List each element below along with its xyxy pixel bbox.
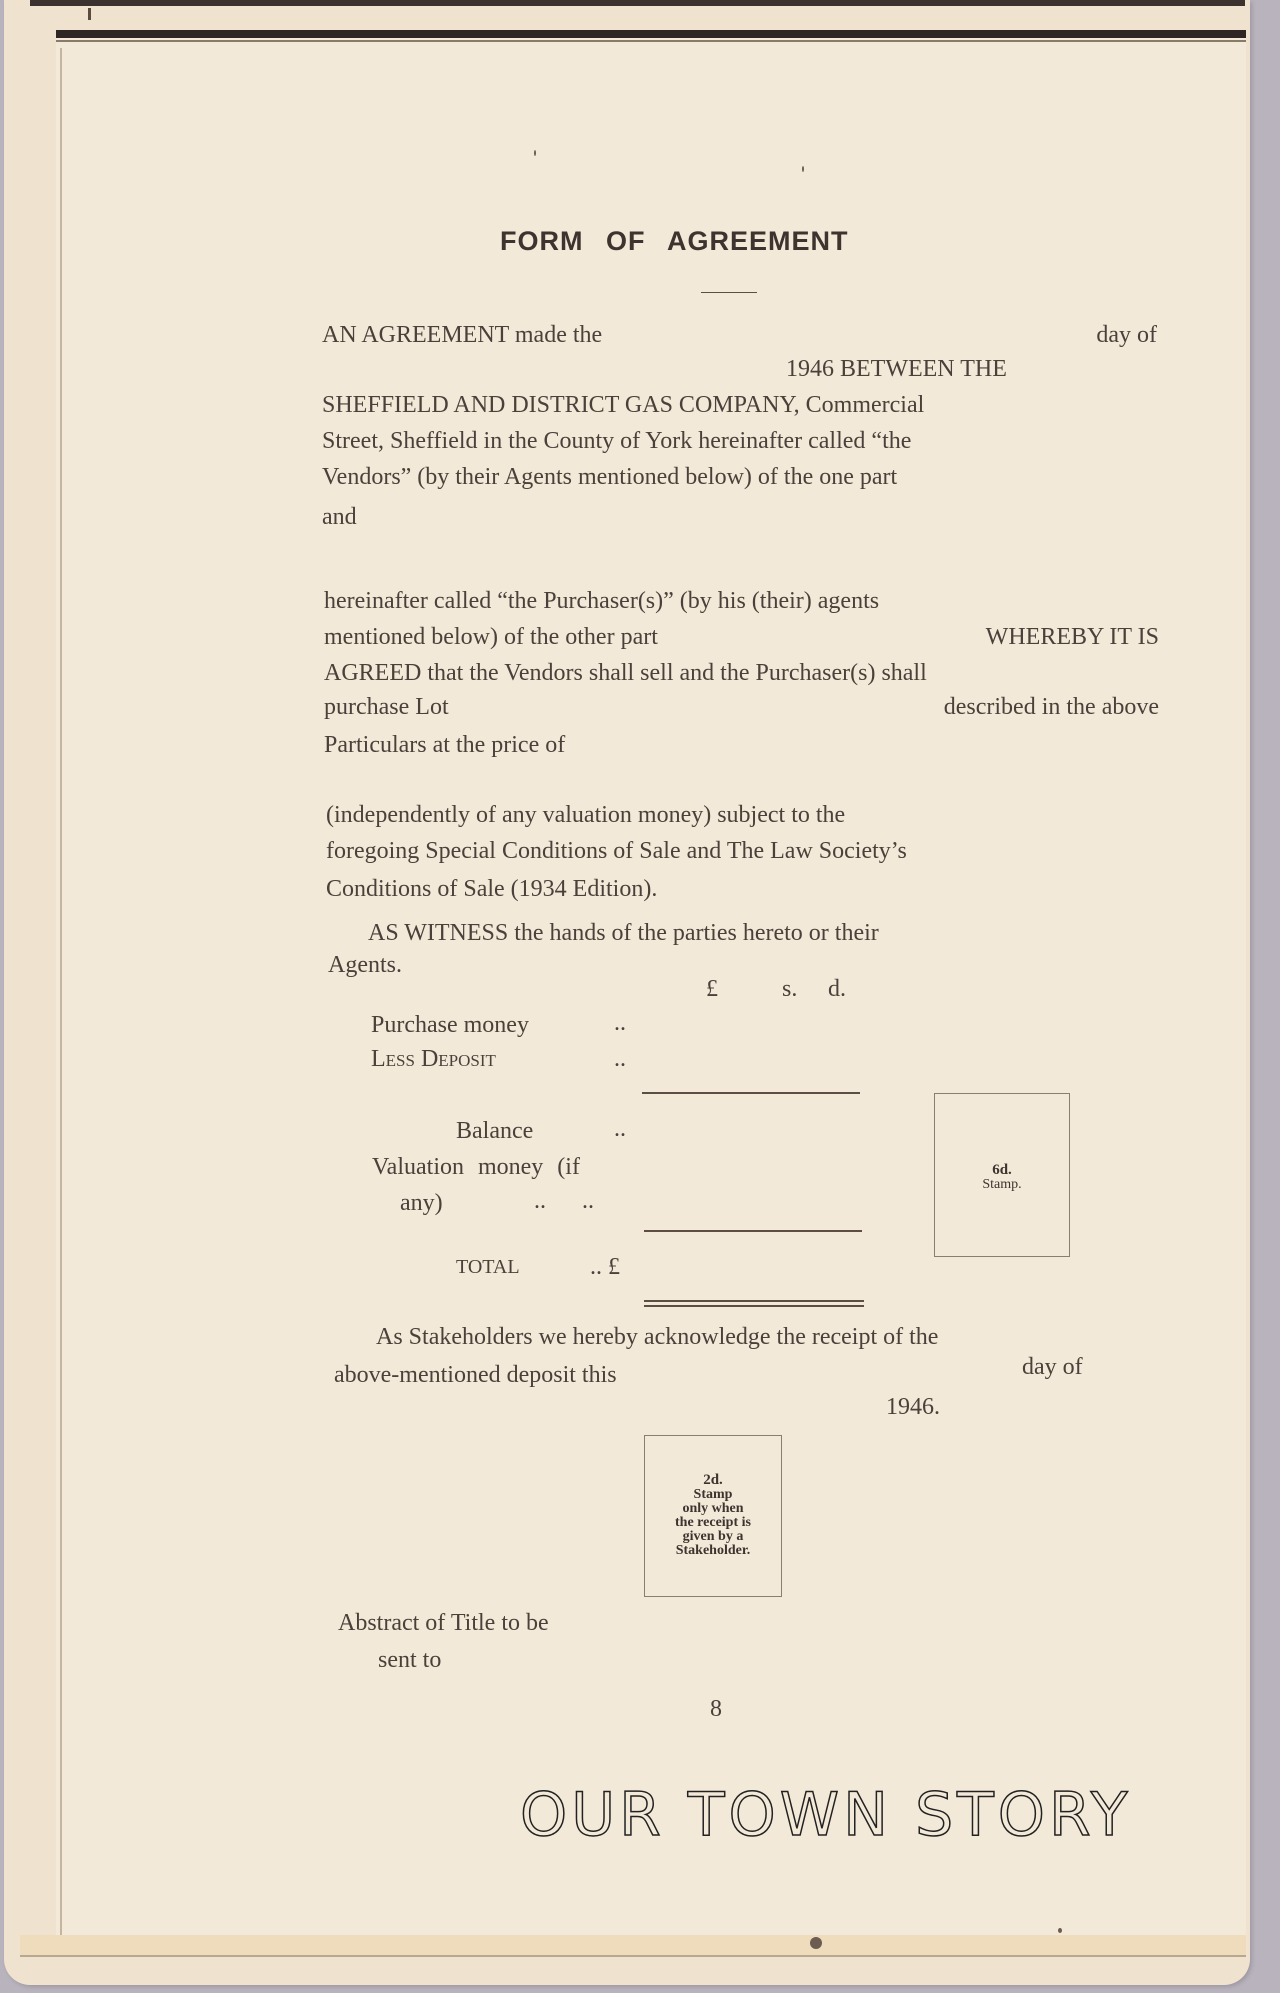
stamp-6d-label: Stamp. [935,1178,1069,1192]
double-rule-bottom [644,1305,864,1307]
shillings-header: s. [782,976,797,1003]
paper-speck [1058,1928,1062,1933]
total-pound: .. £ [590,1254,620,1281]
valuation-money-label: Valuation money (if [372,1154,580,1181]
balance-dots: .. [614,1116,626,1143]
cover-mark [88,8,91,20]
para3-line1: (independently of any valuation money) s… [326,802,845,829]
title-underline [701,292,757,293]
para2-line4: purchase Lot described in the above [324,694,1159,721]
stakeholders-year: 1946. [886,1394,940,1421]
pence-header: d. [828,976,846,1003]
para3-line3: Conditions of Sale (1934 Edition). [326,876,657,903]
valuation-dots: .. .. [534,1188,594,1215]
para1-line5: Vendors” (by their Agents mentioned belo… [322,464,897,491]
total-label: Total [456,1256,520,1279]
balance-label: Balance [456,1118,533,1145]
stamp-box-2d: 2d. Stamp only when the receipt is given… [644,1435,782,1597]
valuation-any-label: any) [400,1190,443,1217]
day-of-label: day of [1096,322,1157,349]
less-deposit-dots: .. [614,1046,626,1073]
cover-edge [30,0,1245,6]
para1-line1: AN AGREEMENT made the day of [322,322,1157,349]
stamp-2d-value: 2d. [645,1472,781,1488]
double-rule-top [644,1300,864,1302]
witness-line1: AS WITNESS the hands of the parties here… [368,920,879,947]
para1-line3: SHEFFIELD AND DISTRICT GAS COMPANY, Comm… [322,392,924,419]
para2-line3: AGREED that the Vendors shall sell and t… [324,660,927,687]
paper-speck [802,166,804,172]
page-left-edge [60,48,62,1948]
purchase-money-label: Purchase money [371,1012,529,1039]
stakeholders-line2-left: above-mentioned deposit this [334,1362,617,1389]
total-rule [644,1230,862,1232]
stakeholders-day-of: day of [1022,1354,1083,1381]
stamp-box-6d: 6d. Stamp. [934,1093,1070,1257]
para2-line2: mentioned below) of the other part WHERE… [324,624,1159,651]
page-bottom-fold [20,1935,1246,1957]
witness-line2: Agents. [328,952,402,979]
page-number: 8 [710,1696,722,1723]
paper-speck [810,1937,822,1949]
para2-line1: hereinafter called “the Purchaser(s)” (b… [324,588,879,615]
page-top-edge [56,40,1246,42]
abstract-line2: sent to [378,1647,441,1674]
subtotal-rule [642,1092,860,1094]
page-title: FORM OF AGREEMENT [500,226,849,257]
purchase-money-dots: .. [614,1010,626,1037]
page-top-shadow [56,30,1246,38]
paper-speck [534,150,536,156]
para1-line6: and [322,504,357,531]
stamp-6d-value: 6d. [935,1162,1069,1178]
para1-line4: Street, Sheffield in the County of York … [322,428,911,455]
our-town-story-watermark: OUR TOWN STORY [520,1780,1132,1850]
para2-line5: Particulars at the price of [324,732,565,759]
less-deposit-label: Less Deposit [371,1046,496,1073]
abstract-line1: Abstract of Title to be [338,1610,549,1637]
stakeholders-line1: As Stakeholders we hereby acknowledge th… [376,1324,938,1351]
agreement-made-label: AN AGREEMENT made the [322,322,602,349]
para1-line2: 1946 BETWEEN THE [786,356,1007,383]
para3-line2: foregoing Special Conditions of Sale and… [326,838,907,865]
pounds-header: £ [706,976,718,1003]
